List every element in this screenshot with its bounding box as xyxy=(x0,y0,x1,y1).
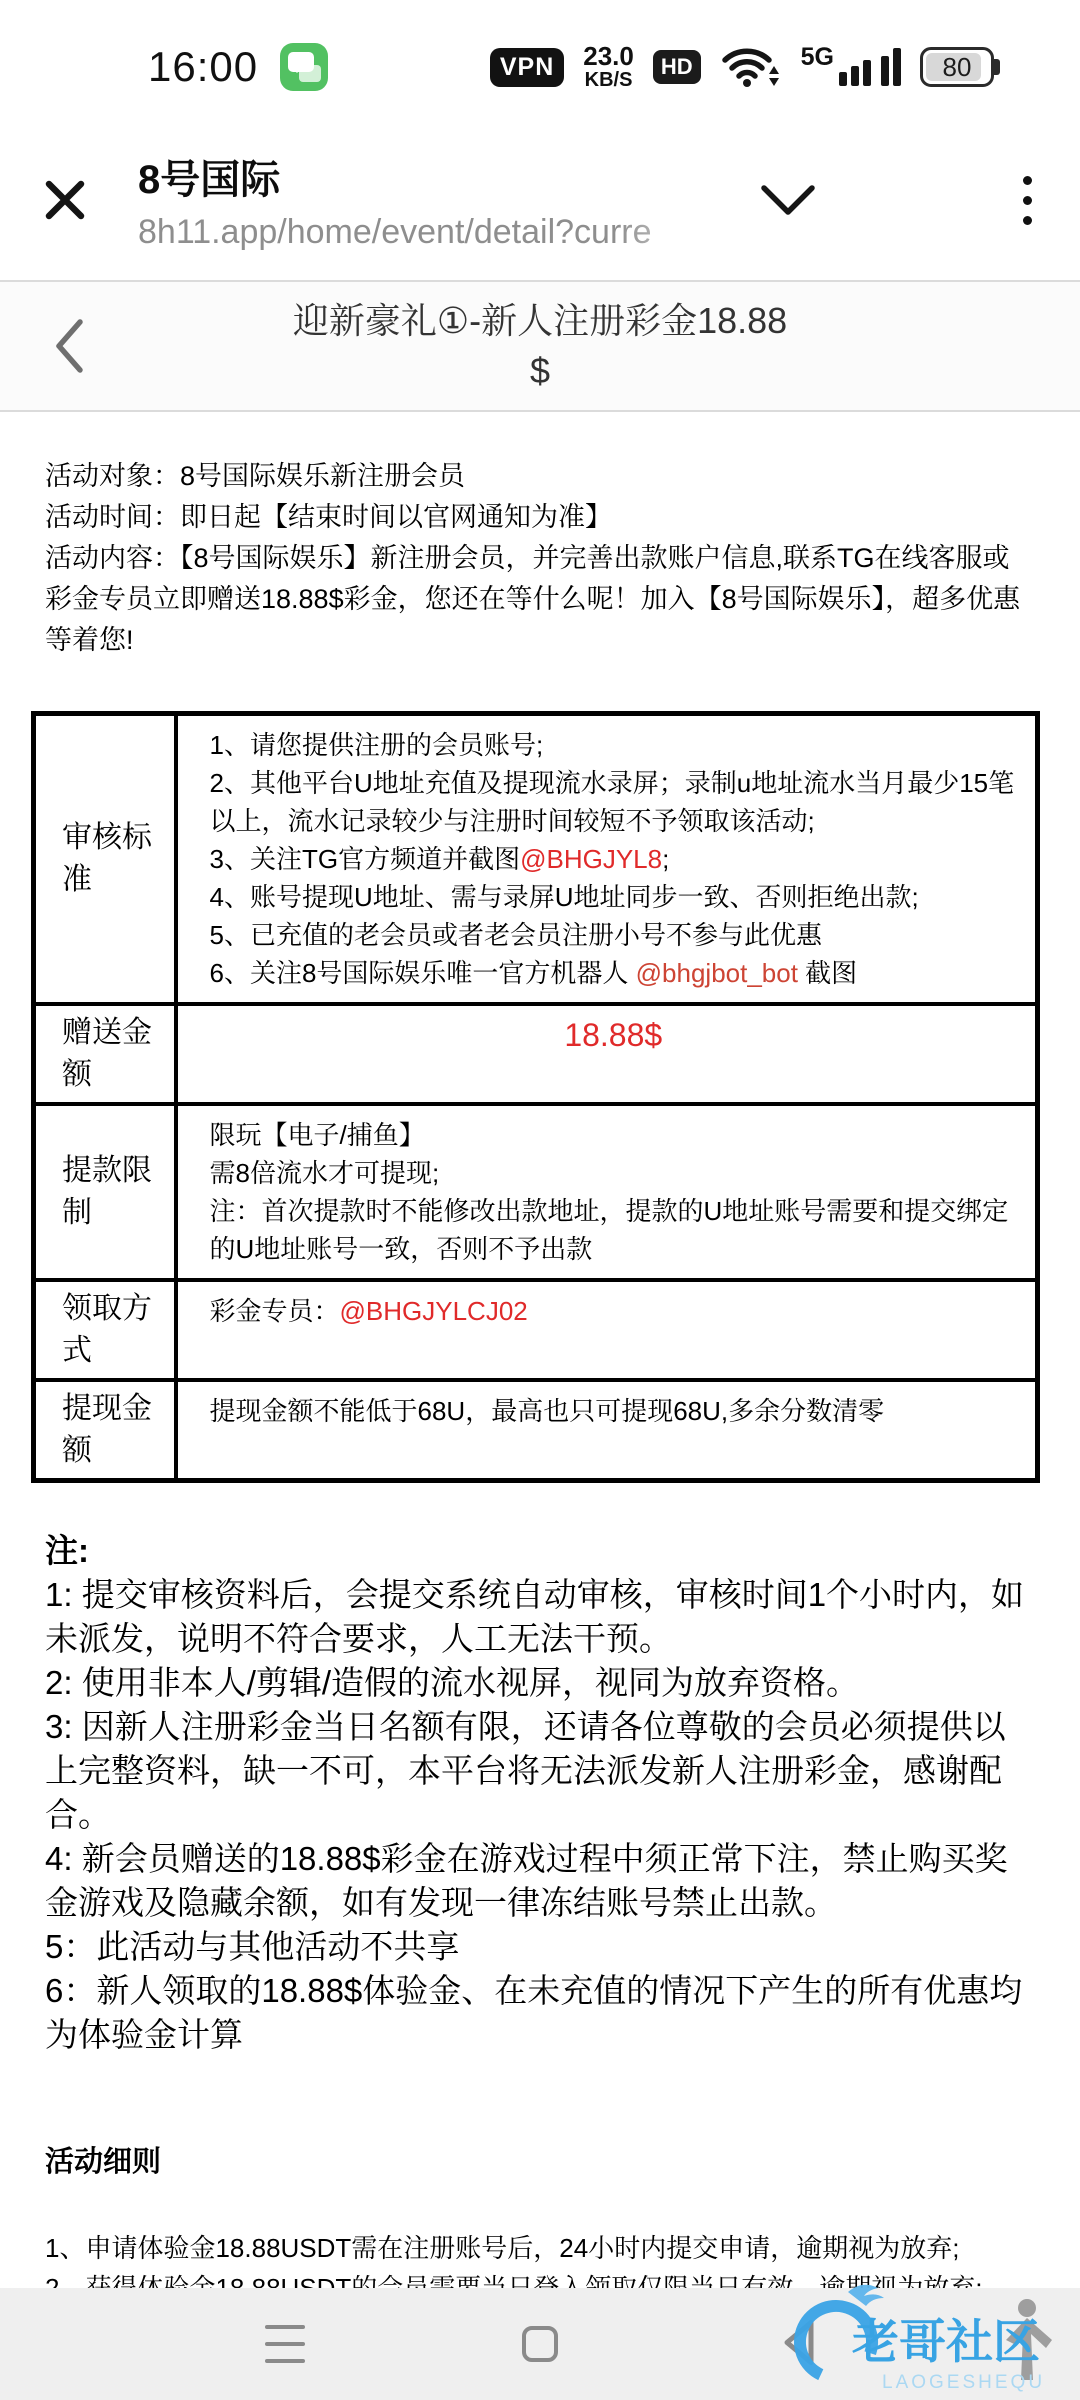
network-speed: 23.0 KB/S xyxy=(583,43,634,91)
row-label-withdraw-amount: 提现金额 xyxy=(34,1380,176,1481)
bonus-amount: 18.88$ xyxy=(210,1016,1018,1054)
chevron-down-icon[interactable] xyxy=(756,182,820,218)
row-label-claim: 领取方式 xyxy=(34,1280,176,1380)
page-title: 迎新豪礼①-新人注册彩金18.88 $ xyxy=(0,296,1080,396)
promo-table: 审核标准 1、请您提供注册的会员账号; 2、其他平台U地址充值及提现流水录屏；录… xyxy=(31,711,1040,1483)
review-item-3: 3、关注TG官方频道并截图@BHGJYL8; xyxy=(210,840,1018,878)
table-row-claim-method: 领取方式 彩金专员：@BHGJYLCJ02 xyxy=(34,1280,1038,1380)
note-item-5: 5：此活动与其他活动不共享 xyxy=(45,1925,1035,1969)
intro-description: 活动内容：【8号国际娱乐】新注册会员，并完善出款账户信息,联系TG在线客服或彩金… xyxy=(45,538,1035,661)
note-item-4: 4: 新会员赠送的18.88$彩金在游戏过程中须正常下注，禁止购买奖金游戏及隐藏… xyxy=(45,1837,1035,1925)
status-right: VPN 23.0 KB/S HD 5G xyxy=(490,43,994,91)
wifi-icon xyxy=(720,45,782,89)
page-title-line1: 迎新豪礼①-新人注册彩金18.88 xyxy=(0,296,1080,346)
detail-item-1: 1、申请体验金18.88USDT需在注册账号后，24小时内提交申请，逾期视为放弃… xyxy=(45,2228,1035,2268)
status-left: 16:00 xyxy=(148,43,328,91)
details-section: 活动细则 1、申请体验金18.88USDT需在注册账号后，24小时内提交申请，逾… xyxy=(45,2139,1035,2288)
notes-section: 注: 1: 提交审核资料后，会提交系统自动审核，审核时间1个小时内，如未派发，说… xyxy=(45,1529,1035,2057)
review-item-2: 2、其他平台U地址充值及提现流水录屏；录制u地址流水当月最少15笔以上，流水记录… xyxy=(210,764,1018,840)
intro-target: 活动对象：8号国际娱乐新注册会员 xyxy=(45,456,1035,497)
phone-screen: 16:00 VPN 23.0 KB/S HD 5G xyxy=(0,0,1080,2400)
android-nav-bar xyxy=(0,2288,1080,2400)
row-label-withdraw-limit: 提款限制 xyxy=(34,1104,176,1280)
signal-bar xyxy=(839,72,847,86)
nav-back-icon[interactable] xyxy=(778,2317,818,2372)
battery-percent: 80 xyxy=(943,52,972,83)
back-icon[interactable] xyxy=(52,317,86,375)
url-text: 8h11.app/home/event/detail?curre xyxy=(138,213,738,252)
message-icon xyxy=(280,43,328,91)
speed-value: 23.0 xyxy=(583,43,634,70)
tg-bot-handle[interactable]: @bhgjbot_bot xyxy=(636,958,798,988)
menu-kebab-icon[interactable] xyxy=(1017,170,1038,231)
table-row-withdraw-amount: 提现金额 提现金额不能低于68U，最高也只可提现68U,多余分数清零 xyxy=(34,1380,1038,1481)
page-header: 迎新豪礼①-新人注册彩金18.88 $ xyxy=(0,280,1080,412)
review-item-4: 4、账号提现U地址、需与录屏U地址同步一致、否则拒绝出款; xyxy=(210,878,1018,916)
intro-time: 活动时间：即日起【结束时间以官网通知为准】 xyxy=(45,497,1035,538)
browser-bar: 8号国际 8h11.app/home/event/detail?curre xyxy=(0,120,1080,280)
note-item-1: 1: 提交审核资料后，会提交系统自动审核，审核时间1个小时内，如未派发，说明不符… xyxy=(45,1573,1035,1661)
battery-icon: 80 xyxy=(920,47,994,87)
event-content: 活动对象：8号国际娱乐新注册会员 活动时间：即日起【结束时间以官网通知为准】 活… xyxy=(0,412,1080,2288)
network-type: 5G xyxy=(801,43,834,72)
signal-bars-icon: 5G xyxy=(801,48,901,86)
details-heading: 活动细则 xyxy=(45,2139,1035,2180)
review-item-1: 1、请您提供注册的会员账号; xyxy=(210,726,1018,764)
address-bar[interactable]: 8号国际 8h11.app/home/event/detail?curre xyxy=(138,148,738,252)
row-label-review: 审核标准 xyxy=(34,714,176,1005)
vpn-icon: VPN xyxy=(490,48,564,87)
limit-item-1: 限玩【电子/捕鱼】 xyxy=(210,1116,1018,1154)
table-row-withdraw-limit: 提款限制 限玩【电子/捕鱼】 需8倍流水才可提现; 注：首次提款时不能修改出款地… xyxy=(34,1104,1038,1280)
recents-menu-icon[interactable] xyxy=(265,2325,305,2363)
page-title-line2: $ xyxy=(0,346,1080,396)
tg-specialist-handle[interactable]: @BHGJYLCJ02 xyxy=(340,1296,528,1326)
table-row-review-criteria: 审核标准 1、请您提供注册的会员账号; 2、其他平台U地址充值及提现流水录屏；录… xyxy=(34,714,1038,1005)
speed-unit: KB/S xyxy=(585,70,633,91)
note-item-3: 3: 因新人注册彩金当日名额有限，还请各位尊敬的会员必须提供以上完整资料，缺一不… xyxy=(45,1705,1035,1837)
chat-bubble-icon xyxy=(288,52,314,72)
clock: 16:00 xyxy=(148,43,258,91)
table-row-bonus-amount: 赠送金额 18.88$ xyxy=(34,1004,1038,1104)
withdraw-amount-rule: 提现金额不能低于68U，最高也只可提现68U,多余分数清零 xyxy=(210,1392,1018,1430)
note-item-2: 2: 使用非本人/剪辑/造假的流水视屏，视同为放弃资格。 xyxy=(45,1661,1035,1705)
review-item-5: 5、已充值的老会员或者老会员注册小号不参与此优惠 xyxy=(210,916,1018,954)
limit-item-2: 需8倍流水才可提现; xyxy=(210,1154,1018,1192)
limit-item-3: 注：首次提款时不能修改出款地址，提款的U地址账号需要和提交绑定的U地址账号一致，… xyxy=(210,1192,1018,1268)
notes-heading: 注: xyxy=(45,1529,1035,1573)
battery-nub xyxy=(994,59,1000,75)
signal-bar xyxy=(863,60,871,86)
claim-method: 彩金专员：@BHGJYLCJ02 xyxy=(210,1292,1018,1330)
signal-bar xyxy=(893,48,901,86)
signal-bar xyxy=(851,66,859,86)
row-label-bonus: 赠送金额 xyxy=(34,1004,176,1104)
tg-channel-handle[interactable]: @BHGJYL8 xyxy=(520,844,662,874)
note-item-6: 6：新人领取的18.88$体验金、在未充值的情况下产生的所有优惠均为体验金计算 xyxy=(45,1969,1035,2057)
home-icon[interactable] xyxy=(522,2326,558,2362)
hd-icon: HD xyxy=(653,50,701,84)
site-title: 8号国际 xyxy=(138,148,738,205)
close-icon[interactable] xyxy=(42,177,88,223)
signal-bar xyxy=(881,56,889,86)
status-bar: 16:00 VPN 23.0 KB/S HD 5G xyxy=(0,0,1080,120)
review-item-6: 6、关注8号国际娱乐唯一官方机器人 @bhgjbot_bot 截图 xyxy=(210,954,1018,992)
intro-section: 活动对象：8号国际娱乐新注册会员 活动时间：即日起【结束时间以官网通知为准】 活… xyxy=(45,456,1035,661)
detail-item-2: 2、获得体验金18.88USDT的会员需要当日登入领取仅限当日有效，逾期视为放弃… xyxy=(45,2268,1035,2288)
